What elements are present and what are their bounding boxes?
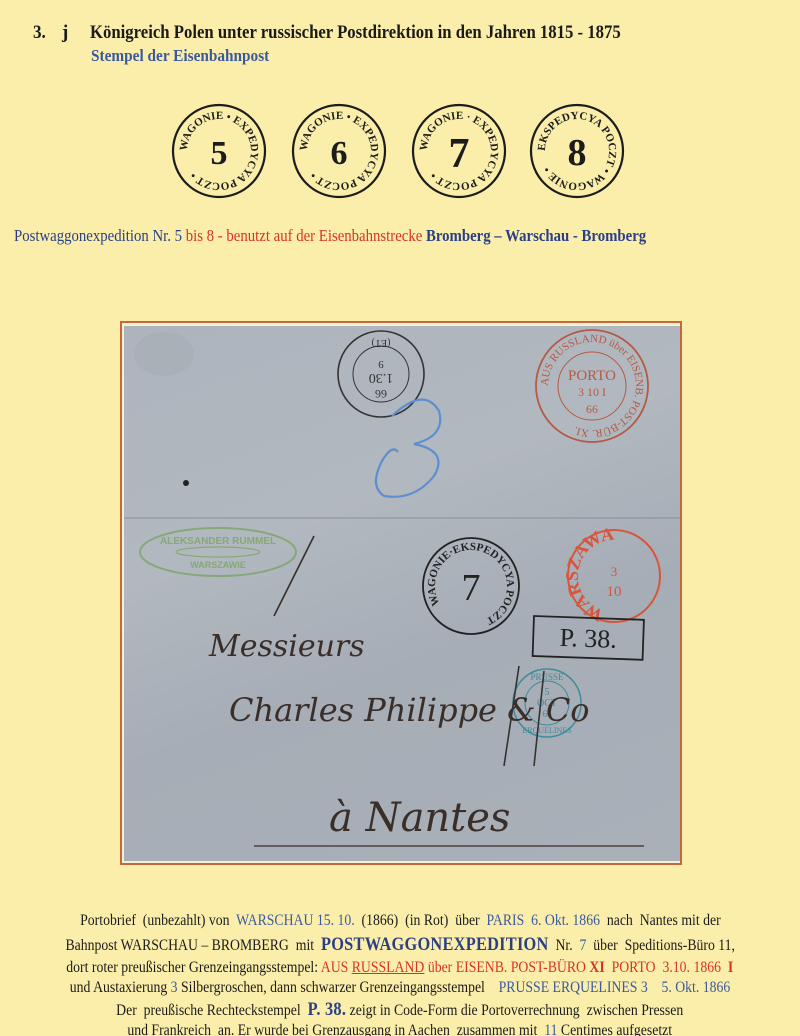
- caption-segment: über EISENB. POST-BÜRO: [425, 959, 590, 976]
- postmark-sample-6: WAGONIE • EXPEDYCYA POCZT • 6: [288, 100, 390, 202]
- caption-segment: AUS: [321, 959, 352, 976]
- sample-postmarks: WAGONIE • EXPEDYCYA POCZT • 5 WAGONIE • …: [0, 100, 800, 205]
- svg-text:3: 3: [611, 564, 618, 579]
- svg-text:1.30: 1.30: [369, 370, 394, 385]
- caption-segment: P. 38.: [308, 999, 347, 1020]
- caption-line-5: Der preußische Rechteckstempel P. 38. ze…: [0, 1000, 800, 1021]
- caption-segment: PRUSSE ERQUELINES 3 5. Okt. 1866: [499, 979, 731, 996]
- cover-image: 66 1.30 9 (ET) AUS RUSSLAND über EISENB.…: [124, 326, 680, 861]
- caption-segment: und Austaxierung: [70, 979, 171, 996]
- page-title: Königreich Polen unter russischer Postdi…: [90, 22, 621, 44]
- route-part-3: - benutzt auf der Eisenbahnstrecke: [218, 226, 426, 245]
- caption-segment: Nr.: [548, 937, 579, 954]
- svg-text:7: 7: [462, 567, 481, 609]
- page-subtitle: Stempel der Eisenbahnpost: [91, 46, 269, 66]
- caption-segment: RUSSLAND: [352, 959, 425, 976]
- svg-text:à Nantes: à Nantes: [329, 795, 510, 841]
- svg-text:PRUSSE: PRUSSE: [530, 672, 564, 682]
- svg-text:5: 5: [211, 135, 228, 172]
- route-description: Postwaggonexpedition Nr. 5 bis 8 - benut…: [14, 226, 646, 246]
- caption-segment: Der preußische Rechteckstempel: [116, 1002, 307, 1019]
- svg-text:8: 8: [568, 132, 587, 174]
- paris-postmark: 66 1.30 9 (ET): [338, 331, 424, 417]
- warszawa-postmark: WARSZAWA 3 10: [550, 514, 660, 627]
- section-letter: j: [62, 22, 68, 44]
- caption-line-4: und Austaxierung 3 Silbergroschen, dann …: [0, 978, 800, 998]
- svg-text:66: 66: [375, 387, 387, 401]
- caption-segment: I: [728, 959, 733, 976]
- caption-segment: PARIS 6. Okt. 1866: [486, 912, 599, 929]
- postmark-sample-8: EKSPEDYCYA POCZT • WAGONIE • 8: [526, 100, 628, 202]
- svg-text:Messieurs: Messieurs: [208, 629, 365, 664]
- caption-segment: Centimes aufgesetzt: [558, 1022, 673, 1036]
- caption-segment: und Frankreich an. Er wurde bei Grenzaus…: [128, 1022, 545, 1036]
- svg-text:66: 66: [586, 402, 598, 416]
- handwritten-address: Messieurs Charles Philippe & Co à Nantes: [208, 629, 590, 841]
- sender-cachet: ALEKSANDER RUMMEL WARSZAWIE: [140, 528, 296, 576]
- svg-text:3 10 I: 3 10 I: [578, 385, 606, 399]
- caption-line-2: Bahnpost WARSCHAU – BROMBERG mit POSTWAG…: [0, 935, 800, 956]
- route-part-1: Postwaggonexpedition Nr. 5: [14, 226, 182, 245]
- caption-segment: XI: [590, 959, 605, 976]
- caption-segment: dort roter preußischer Grenzeingangsstem…: [67, 959, 321, 976]
- svg-text:Charles Philippe & Co: Charles Philippe & Co: [229, 691, 590, 729]
- caption-segment: PORTO 3.10. 1866: [605, 959, 728, 976]
- porto-postmark: AUS RUSSLAND über EISENB. POST-BÜR. XI. …: [536, 330, 648, 442]
- svg-text:10: 10: [607, 584, 622, 600]
- route-part-4: Bromberg – Warschau - Bromberg: [426, 226, 646, 245]
- caption-line-1: Portobrief (unbezahlt) von WARSCHAU 15. …: [0, 911, 800, 931]
- caption-segment: Silbergroschen, dann schwarzer Grenzeing…: [178, 979, 499, 996]
- caption-segment: 7: [579, 937, 586, 954]
- svg-text:PORTO: PORTO: [568, 368, 616, 384]
- railway-postmark-7: WAGONIE·EKSPEDYCYA POCZT 7: [409, 524, 532, 647]
- rect-postmark-p38: P. 38.: [533, 616, 644, 660]
- caption-line-6: und Frankreich an. Er wurde bei Grenzaus…: [0, 1021, 800, 1036]
- svg-text:7: 7: [449, 131, 470, 177]
- caption-segment: WARSCHAU 15. 10.: [236, 912, 355, 929]
- section-number: 3.: [33, 22, 46, 44]
- caption-segment: POSTWAGGONEXPEDITION: [321, 934, 549, 955]
- route-part-2: bis 8: [182, 226, 218, 245]
- caption-segment: 11: [544, 1022, 557, 1036]
- caption-line-3: dort roter preußischer Grenzeingangsstem…: [0, 958, 800, 978]
- svg-text:P. 38.: P. 38.: [559, 623, 617, 654]
- caption-segment: zeigt in Code-Form die Portoverrechnung …: [347, 1002, 684, 1019]
- svg-text:9: 9: [378, 358, 384, 370]
- postmark-sample-7: WAGONIE · EXPEDYCYA POCZT • 7: [408, 100, 510, 202]
- postmark-sample-5: WAGONIE • EXPEDYCYA POCZT • 5: [168, 100, 270, 202]
- svg-text:6: 6: [331, 135, 348, 172]
- caption-segment: nach Nantes mit der: [600, 912, 721, 929]
- caption-segment: (1866) (in Rot) über: [354, 912, 486, 929]
- svg-text:(ET): (ET): [372, 337, 391, 348]
- caption-segment: über Speditions-Büro 11,: [586, 937, 735, 954]
- svg-text:ALEKSANDER RUMMEL: ALEKSANDER RUMMEL: [160, 536, 276, 547]
- caption-segment: Portobrief (unbezahlt) von: [80, 912, 236, 929]
- svg-text:WARSZAWIE: WARSZAWIE: [190, 560, 246, 570]
- caption-segment: Bahnpost WARSCHAU – BROMBERG mit: [65, 937, 320, 954]
